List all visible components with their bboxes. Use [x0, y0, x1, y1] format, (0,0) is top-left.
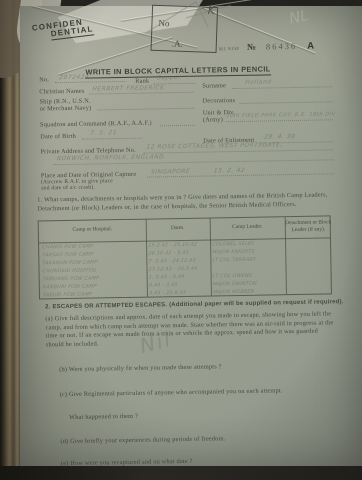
unit-div-rule [226, 119, 333, 122]
leader-cell: COLONEL SELBY [212, 241, 255, 248]
question-a-text: (a) Give full descriptions and approx. d… [45, 310, 338, 349]
question-c-text: (c) Give Regimental particulars of anyon… [60, 387, 283, 398]
dates-cell: 15.2.42 - 25.10.42 [148, 242, 198, 249]
unit-div-label-line2: (Army) [203, 116, 223, 123]
section-2-title: 2. ESCAPES OR ATTEMPTED ESCAPES. (Additi… [45, 299, 343, 310]
ship-label-line2: or Merchant Navy) [40, 105, 92, 113]
leader-cell: MAJOR SWINTON [212, 281, 257, 288]
date-of-enlistment-value: 28. 4. 39 [264, 134, 296, 141]
date-of-birth-value: 7. 5. 21 [90, 130, 118, 136]
series-letter: A [307, 41, 314, 52]
serial-number-line: M.I. 9/JAP № 86436 A [218, 36, 314, 56]
dates-cell: 3.45 - 25.8.45 [149, 290, 187, 297]
question-1-text: 1. What camps, detachments or hospitals … [37, 191, 333, 213]
decorations-rule [240, 101, 333, 104]
squadron-rule [160, 125, 195, 127]
camp-cell: TAKANUN POW CAMP [42, 259, 98, 266]
ship-rule [98, 108, 195, 111]
private-address-value-line2: NORWICH, NORFOLK, ENGLAND. [56, 154, 167, 162]
leader-cell: LT COL TARRANT [212, 257, 257, 264]
no-rule [55, 81, 125, 83]
dates-cell: 26.10.42 - 5.43 [148, 250, 189, 257]
number-symbol: № [247, 42, 256, 52]
dates-cell: 9.44 - 3.45 [148, 282, 178, 289]
rank-rule [153, 83, 195, 85]
serial-number: 86436 [266, 41, 297, 52]
question-e-text: (e) How were you recaptured and on what … [61, 458, 193, 467]
capture-label-line3: and date of a/c crash). [41, 184, 95, 191]
surname-label: Surname [202, 82, 226, 89]
date-of-birth-rule [82, 138, 142, 140]
squadron-label: Squadron and Command (R.A.F., A.A.F.) [40, 119, 152, 128]
scanned-pow-questionnaire: CONFIDEN DENTIAL No K .A. NL M.I. 9/JAP … [0, 0, 362, 480]
mi9-label: M.I. 9/JAP [219, 46, 239, 51]
leader-cell: MAJOR KNIGHTS [212, 249, 255, 256]
leader-cell: LT COL OWENS [212, 273, 252, 280]
camp-cell: CHUNGKAI HOSPITAL [42, 267, 97, 274]
dates-cell: 25.12.43 - 10.5.44 [148, 266, 198, 273]
capture-date-value: 15. 2. 42 [213, 168, 245, 175]
unit-div-value: 30th FIELD PARK COY. R.E. 18th DIV [225, 111, 336, 119]
form-content: CONFIDEN DENTIAL No K .A. NL M.I. 9/JAP … [0, 0, 362, 480]
table-header-camp: Camp or Hospital. [39, 226, 146, 235]
decorations-label: Decorations [203, 97, 236, 105]
surname-rule [232, 86, 332, 89]
table-header-leader: Camp Leader. [210, 223, 285, 231]
pencil-mark-nl: NL [287, 6, 310, 28]
rank-value: Sapper [157, 75, 182, 81]
no-label: No. [39, 76, 49, 83]
dates-cell: 1. 5.44 - 9.44 [148, 274, 184, 281]
camps-table: Camp or Hospital. Dates. Camp Leader. De… [38, 215, 332, 299]
no-value: 2072424 [59, 75, 90, 82]
leader-cell: MAJOR WEBBER [213, 289, 255, 296]
camp-cell: TARSAO POW CAMP [42, 252, 94, 259]
private-address-value-line1: 12 ROSE COTTAGES, WEST PORTSGATE, [146, 142, 283, 150]
camp-cell: TAMUANG POW CAMP [42, 275, 99, 282]
table-header-block: Detachment or Block Leader (if any). [285, 219, 332, 233]
christian-names-label: Christian Names [39, 88, 84, 96]
surname-value: Holland [245, 79, 272, 85]
question-b-text: (b) Were you physically fit when you mad… [59, 363, 222, 373]
camp-cell: TAKURI POW CAMP [43, 292, 93, 299]
capture-place-value: SINGAPORE [150, 169, 190, 176]
pencil-scribble [136, 0, 257, 39]
rank-label: Rank [135, 78, 149, 85]
question-c2-text: What happened to them ? [69, 413, 138, 421]
christian-names-value: HERBERT FREDERICK [92, 85, 165, 92]
date-of-birth-label: Date of Birth [40, 133, 76, 141]
camp-cell: CHANGI POW CAMP [42, 244, 94, 251]
table-header-dates: Dates. [146, 224, 210, 232]
camp-cell: KANBURI POW CAMP [42, 283, 97, 290]
dates-cell: 7. 5.43 - 24.12.43 [148, 258, 196, 265]
question-d-text: (d) Give briefly your experiences during… [60, 435, 225, 445]
stamp-box-letter-a: .A. [172, 38, 183, 48]
confidential-stamp: CONFIDEN DENTIAL [31, 16, 94, 42]
